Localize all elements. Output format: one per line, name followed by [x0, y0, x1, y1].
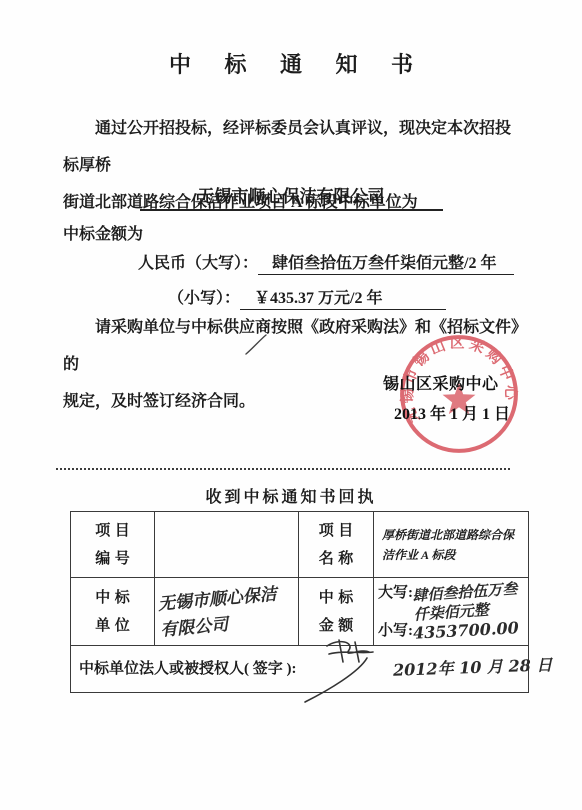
issue-date: 2013 年 1 月 1 日 — [394, 401, 510, 424]
project-name-value-cell: 厚桥街道北部道路综合保洁作业 A 标段 — [374, 512, 529, 578]
notice-page: 中 标 通 知 书 通过公开招投标，经评标委员会认真评议，现决定本次招投标厚桥 … — [0, 0, 582, 810]
receipt-heading: 收到中标通知书回执 — [0, 484, 582, 507]
page-title: 中 标 通 知 书 — [0, 48, 582, 79]
amount-xiaoxie-value: ￥435.37 万元/2 年 — [240, 285, 446, 310]
winner-value-cell: 无锡市顺心保洁有限公司 — [155, 578, 299, 646]
project-no-label-cell: 项目编号 — [71, 512, 155, 578]
amount-daxie-line: 人民币（大写）： 肆佰叁拾伍万叁仟柒佰元整/2 年 — [138, 250, 514, 275]
winner-label: 中标单位 — [95, 584, 130, 640]
amount-xiaoxie-line: （小写）： ￥435.37 万元/2 年 — [168, 285, 446, 310]
amount-daxie-label: 人民币（大写）： — [138, 250, 258, 273]
project-name-label-cell: 项目名称 — [299, 512, 374, 578]
winner-label-cell: 中标单位 — [71, 578, 155, 646]
red-seal-stamp: 无锡市锡山区采购中心 — [396, 331, 522, 457]
handwritten-tick-mark — [243, 333, 269, 357]
signature-row-cell: 中标单位法人或被授权人( 签字 ): 2012年 10 月 28 日 — [71, 646, 529, 693]
amount-intro: 中标金额为 — [63, 221, 143, 244]
closing-line-2: 规定，及时签订经济合同。 — [63, 393, 255, 410]
intro-line-1: 通过公开招投标，经评标委员会认真评议，现决定本次招投标厚桥 — [63, 110, 524, 184]
dotted-separator — [56, 468, 510, 470]
issuer-name: 锡山区采购中心 — [383, 371, 499, 394]
winner-company-name: 无锡市顺心保洁有限公司 — [140, 182, 443, 211]
project-no-value-cell — [155, 512, 299, 578]
sign-label: 中标单位法人或被授权人( 签字 ): — [79, 657, 297, 678]
table-row: 中标单位法人或被授权人( 签字 ): 2012年 10 月 28 日 — [71, 646, 529, 693]
sign-date-handwritten: 2012年 10 月 28 日 — [393, 652, 553, 681]
winner-line: 无锡市顺心保洁有限公司 — [0, 182, 582, 211]
project-name-value: 厚桥街道北部道路综合保洁作业 A 标段 — [378, 525, 524, 565]
amount-daxie-value: 肆佰叁拾伍万叁仟柒佰元整/2 年 — [258, 250, 514, 275]
receipt-table: 项目编号 项目名称 厚桥街道北部道路综合保洁作业 A 标段 中标单位 无锡市顺心… — [70, 511, 529, 693]
amount-xiaoxie-label: （小写）： — [168, 285, 240, 308]
amount-value-cell: 大写: 肆佰叁拾伍万叁仟柒佰元整 小写: 4353700.00 — [374, 578, 529, 646]
table-daxie-value-handwritten: 肆佰叁拾伍万叁仟柒佰元整 — [412, 579, 525, 625]
project-no-label: 项目编号 — [95, 517, 130, 573]
winner-value-handwritten: 无锡市顺心保洁有限公司 — [157, 580, 293, 643]
signature-scrawl — [299, 628, 389, 706]
table-row: 项目编号 项目名称 厚桥街道北部道路综合保洁作业 A 标段 — [71, 512, 529, 578]
table-daxie-label: 大写: — [378, 583, 413, 603]
project-name-label: 项目名称 — [319, 517, 354, 573]
